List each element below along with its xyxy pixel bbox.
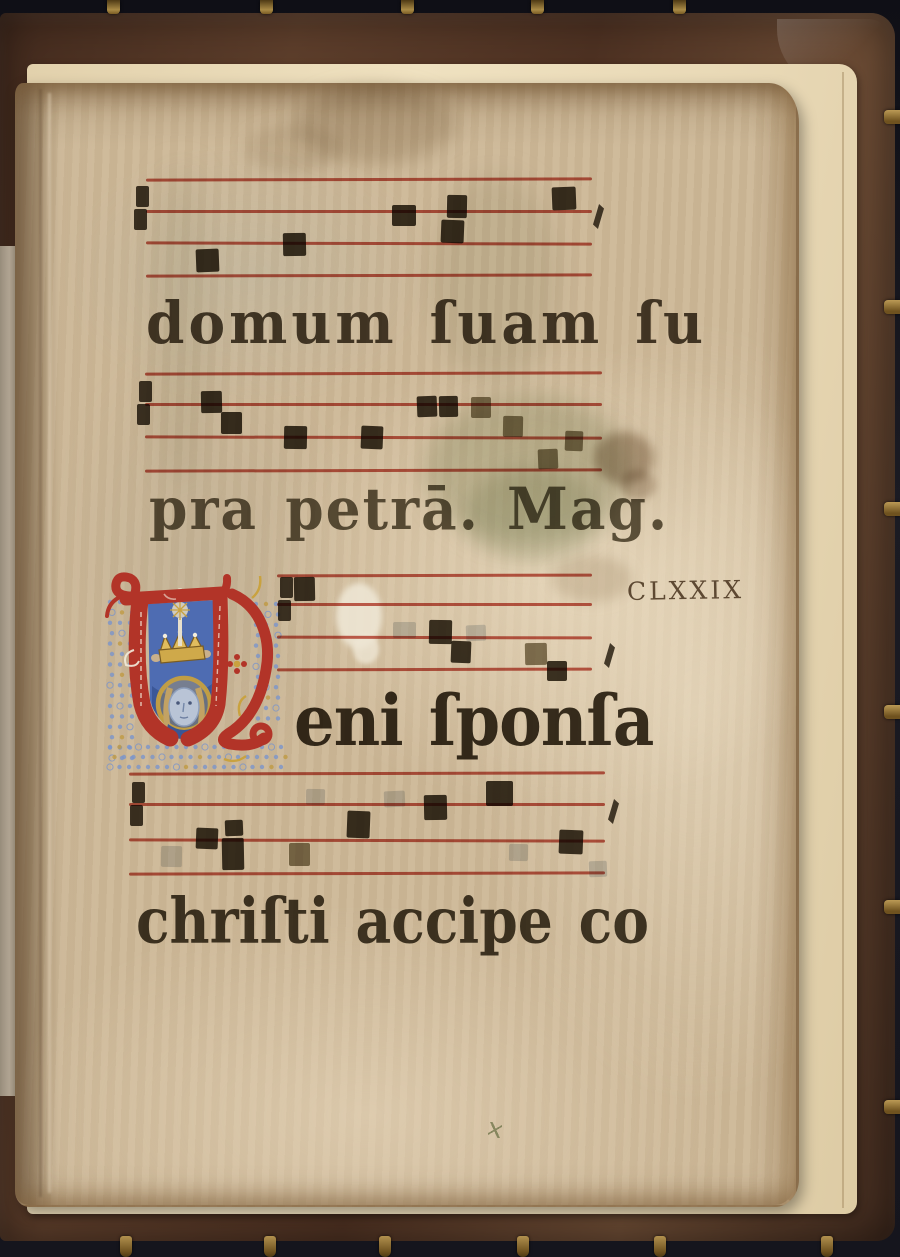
- neume: [503, 416, 523, 437]
- neume: [417, 396, 438, 418]
- staff-line: [145, 371, 602, 375]
- brass-stud: [517, 1236, 529, 1257]
- staff-line: [129, 803, 605, 806]
- clef: [130, 805, 143, 826]
- chant-text-line-4: chriſti accipe co: [136, 884, 649, 957]
- neume: [221, 412, 242, 434]
- neume: [346, 811, 370, 839]
- staff-line: [146, 210, 592, 213]
- parchment-stain: [245, 125, 340, 173]
- brass-stud: [821, 1236, 833, 1257]
- brass-stud: [654, 1236, 666, 1257]
- parchment-stain: [620, 470, 656, 500]
- neume: [547, 661, 567, 681]
- brass-stud: [673, 0, 686, 14]
- neume: [284, 426, 307, 449]
- neume: [361, 426, 384, 450]
- brass-stud: [884, 1100, 900, 1114]
- staff-line: [277, 603, 592, 606]
- neume: [486, 781, 513, 806]
- brass-stud: [107, 0, 120, 14]
- neume: [525, 643, 547, 665]
- brass-stud: [884, 300, 900, 314]
- ink-blot-mark: [488, 1122, 502, 1138]
- neume: [294, 577, 315, 601]
- staff-line: [146, 177, 592, 181]
- neume: [471, 397, 491, 418]
- neume: [424, 795, 447, 820]
- staff-line: [277, 574, 592, 577]
- staff-line: [129, 771, 605, 775]
- gap-flower: [227, 654, 247, 674]
- neume: [392, 205, 416, 226]
- chant-text-line-3: eni ſponſa: [294, 680, 653, 763]
- parchment-stain: [353, 634, 379, 664]
- brass-stud: [264, 1236, 276, 1257]
- neume: [201, 391, 222, 413]
- custos: [608, 799, 619, 824]
- brass-stud: [884, 900, 900, 914]
- neume: [306, 789, 325, 805]
- neume: [289, 843, 310, 866]
- neume: [439, 396, 458, 417]
- custos: [593, 204, 604, 229]
- neume: [384, 791, 406, 808]
- parchment-stain: [465, 468, 600, 563]
- brass-stud: [884, 110, 900, 124]
- neume: [283, 233, 306, 256]
- custos: [604, 643, 615, 668]
- neume: [559, 830, 584, 855]
- manuscript-photograph: domum ſuam ſu pra petrā. Mag. eni ſponſa…: [0, 0, 900, 1257]
- clef: [134, 209, 147, 230]
- neume: [196, 249, 220, 273]
- neume: [565, 431, 584, 452]
- clef: [139, 381, 152, 402]
- neume: [196, 828, 219, 850]
- brass-stud: [531, 0, 544, 14]
- neume: [429, 620, 452, 644]
- brass-stud: [260, 0, 273, 14]
- neume: [466, 625, 487, 642]
- brass-stud: [401, 0, 414, 14]
- staff-line: [146, 241, 592, 245]
- clef: [136, 186, 149, 207]
- neume: [393, 622, 416, 638]
- neume: [447, 195, 467, 218]
- brass-stud: [884, 502, 900, 516]
- neume: [441, 220, 465, 244]
- page-content-overlay: domum ſuam ſu pra petrā. Mag. eni ſponſa…: [0, 0, 900, 1257]
- brass-stud: [884, 705, 900, 719]
- clef: [132, 782, 145, 803]
- neume: [509, 844, 528, 861]
- staff-line: [277, 668, 592, 671]
- neume: [589, 861, 608, 878]
- parchment-stain: [150, 170, 210, 490]
- folio-number: CLXXIX: [627, 575, 744, 606]
- illuminated-initial: [104, 566, 300, 776]
- chant-text-line-1: domum ſuam ſu: [146, 288, 707, 357]
- clef: [278, 600, 291, 621]
- staff-line: [129, 871, 605, 875]
- clef: [280, 577, 293, 598]
- brass-stud: [120, 1236, 132, 1257]
- neume: [552, 187, 577, 211]
- neume: [225, 820, 244, 837]
- neume: [538, 449, 559, 470]
- clef: [137, 404, 150, 425]
- brass-stud: [379, 1236, 391, 1257]
- neume: [161, 846, 182, 867]
- neume: [222, 838, 245, 870]
- neume: [451, 641, 472, 664]
- parchment-stain: [552, 556, 632, 602]
